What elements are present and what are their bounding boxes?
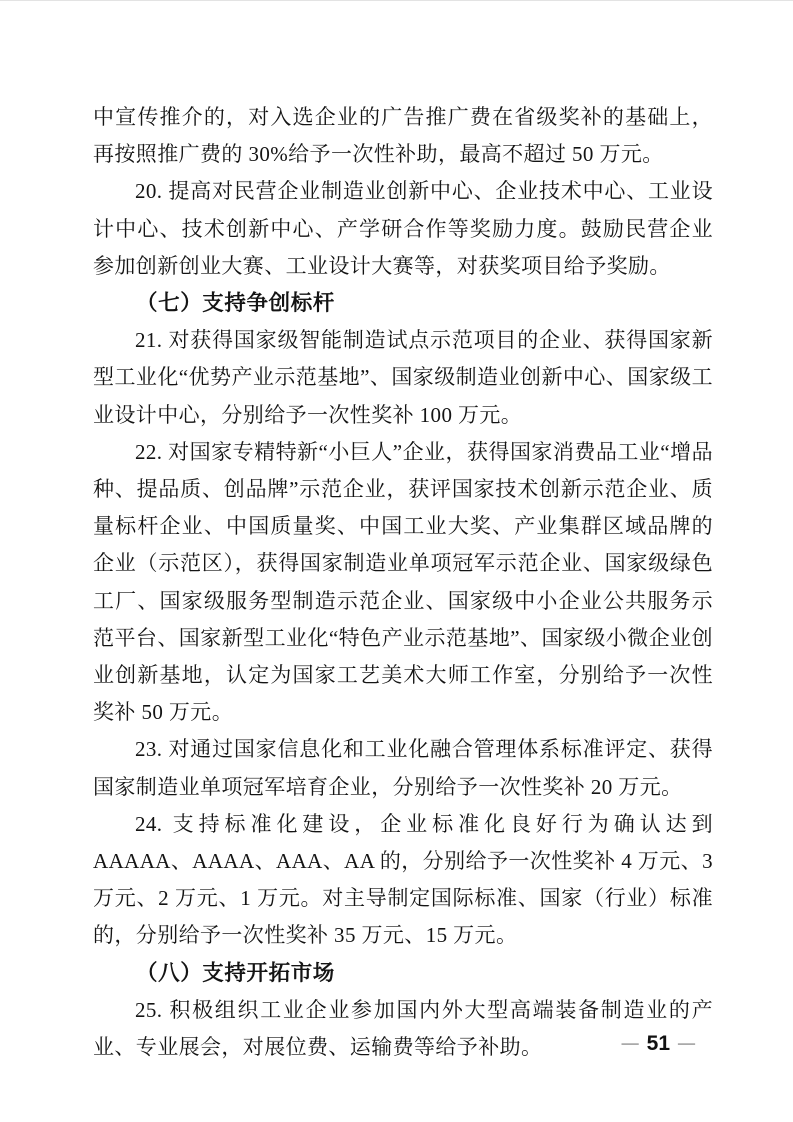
footer-left-dash: —: [618, 1033, 643, 1052]
paragraph-item-21: 21. 对获得国家级智能制造试点示范项目的企业、获得国家新型工业化“优势产业示范…: [93, 322, 713, 434]
page-number: 51: [643, 1032, 674, 1055]
page-top-edge: [0, 0, 793, 1]
document-text-area: 中宣传推介的，对入选企业的广告推广费在省级奖补的基础上，再按照推广费的 30%给…: [93, 99, 713, 1066]
paragraph-item-22: 22. 对国家专精特新“小巨人”企业，获得国家消费品工业“增品种、提品质、创品牌…: [93, 434, 713, 732]
section-heading-8: （八）支持开拓市场: [93, 955, 713, 992]
paragraph-continuation: 中宣传推介的，对入选企业的广告推广费在省级奖补的基础上，再按照推广费的 30%给…: [93, 99, 713, 173]
paragraph-item-20: 20. 提高对民营企业制造业创新中心、企业技术中心、工业设计中心、技术创新中心、…: [93, 173, 713, 285]
document-page: { "colors": { "background": "#ffffff", "…: [0, 0, 793, 1122]
section-heading-7: （七）支持争创标杆: [93, 285, 713, 322]
paragraph-item-23: 23. 对通过国家信息化和工业化融合管理体系标准评定、获得国家制造业单项冠军培育…: [93, 731, 713, 805]
paragraph-item-24: 24. 支持标准化建设，企业标准化良好行为确认达到 AAAAA、AAAA、AAA…: [93, 806, 713, 955]
page-footer: —51—: [618, 1031, 699, 1058]
footer-right-dash: —: [674, 1033, 699, 1052]
